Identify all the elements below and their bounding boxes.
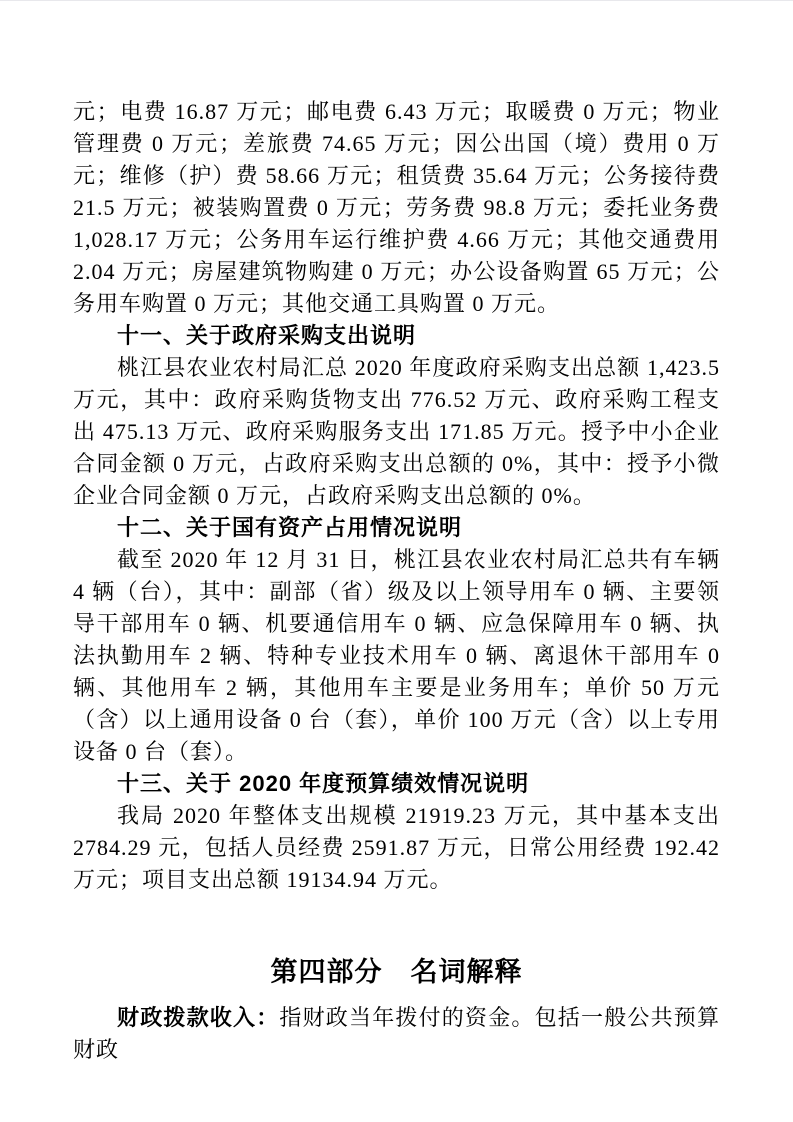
section-heading: 十二、关于国有资产占用情况说明 <box>73 512 720 544</box>
paragraph-lead-term: 财政拨款收入： <box>117 1005 279 1030</box>
document-content: 元；电费 16.87 万元；邮电费 6.43 万元；取暖费 0 万元；物业管理费… <box>73 96 720 1066</box>
section-heading: 十三、关于 2020 年度预算绩效情况说明 <box>73 768 720 800</box>
body-paragraph: 截至 2020 年 12 月 31 日，桃江县农业农村局汇总共有车辆 4 辆（台… <box>73 544 720 768</box>
document-page: 元；电费 16.87 万元；邮电费 6.43 万元；取暖费 0 万元；物业管理费… <box>0 0 793 1122</box>
section-heading: 十一、关于政府采购支出说明 <box>73 320 720 352</box>
part-heading: 第四部分 名词解释 <box>73 952 720 992</box>
body-paragraph: 财政拨款收入：指财政当年拨付的资金。包括一般公共预算财政 <box>73 1002 720 1066</box>
body-paragraph: 元；电费 16.87 万元；邮电费 6.43 万元；取暖费 0 万元；物业管理费… <box>73 96 720 320</box>
body-paragraph: 我局 2020 年整体支出规模 21919.23 万元，其中基本支出 2784.… <box>73 800 720 896</box>
body-paragraph: 桃江县农业农村局汇总 2020 年度政府采购支出总额 1,423.5 万元，其中… <box>73 352 720 512</box>
